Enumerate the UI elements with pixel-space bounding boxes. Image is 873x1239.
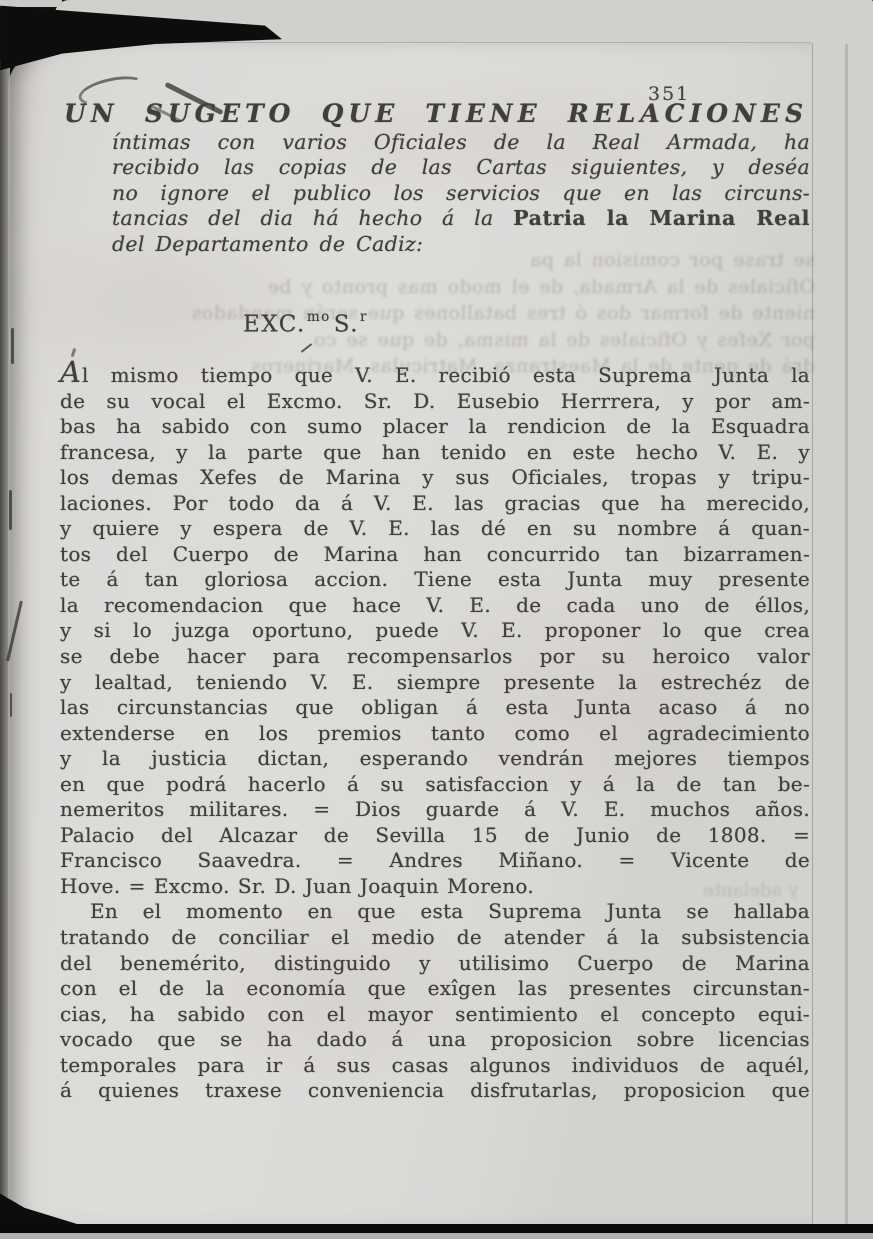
body-line: te á tan gloriosa accion. Tiene esta Jun… — [60, 567, 810, 593]
body-line: Francisco Saavedra. = Andres Miñano. = V… — [60, 848, 810, 874]
body-line: y la justicia dictan, esperando vendrán … — [60, 746, 810, 772]
show-through-line: niente de formar dos ó tres batallones q… — [85, 300, 815, 327]
show-through-line: Oficiales de la Armada, de el modo mas p… — [85, 274, 815, 301]
headline-line-roman-part: Patria la Marina Real — [513, 206, 810, 230]
binding-stitch — [9, 490, 12, 530]
body-line: Palacio del Alcazar de Sevilla 15 de Jun… — [60, 823, 810, 849]
body-line: del benemérito, distinguido y utilisimo … — [60, 951, 810, 977]
body-line: tos del Cuerpo de Marina han concurrido … — [60, 542, 810, 568]
salutation-superscript: r — [360, 309, 368, 325]
body-line: tratando de conciliar el medio de atende… — [60, 925, 810, 951]
body-line: francesa, y la parte que han tenido en e… — [60, 440, 810, 466]
body-line: y lealtad, teniendo V. E. siempre presen… — [60, 670, 810, 696]
body-line: bas ha sabido con sumo placer la rendici… — [60, 414, 810, 440]
salutation-excmo-sr: EXC.moS.r — [243, 311, 443, 338]
headline-caps: UN SUGETO QUE TIENE RELACIONES — [64, 99, 808, 128]
scanned-book-page-photo: se trase por comision la pa Oficiales de… — [0, 0, 873, 1239]
headline-line: recibido las copias de las Cartas siguie… — [112, 155, 810, 180]
body-line: en que podrá hacerlo á su satisfaccion y… — [60, 772, 810, 798]
letter-body: Al mismo tiempo que V. E. recibió esta S… — [60, 358, 810, 1104]
body-line: la recomendacion que hace V. E. de cada … — [60, 593, 810, 619]
top-page-sliver — [0, 0, 62, 7]
body-line: los demas Xefes de Marina y sus Oficiale… — [60, 465, 810, 491]
body-line: con el de la economía que exîgen las pre… — [60, 976, 810, 1002]
headline-line: tancias del dia há hecho á la Patria la … — [112, 206, 810, 231]
book-spine-gutter — [0, 60, 10, 1224]
body-line: En el momento en que esta Suprema Junta … — [60, 899, 810, 925]
binding-stitch — [11, 328, 14, 364]
page-edge-crease — [845, 44, 848, 1224]
headline-line: del Departamento de Cadiz: — [112, 232, 810, 257]
headline-line: no ignore el publico los servicios que e… — [112, 181, 810, 206]
body-line: de su vocal el Excmo. Sr. D. Eusebio Her… — [60, 389, 810, 415]
body-line: á quienes traxese conveniencia disfrutar… — [60, 1078, 810, 1104]
body-line: se debe hacer para recompensarlos por su… — [60, 644, 810, 670]
body-line: temporales para ir á sus casas algunos i… — [60, 1053, 810, 1079]
show-through-line: por Xefes y Oficiales de la misma, de qu… — [85, 327, 815, 354]
initial-capital: A — [60, 355, 82, 389]
body-line: Al mismo tiempo que V. E. recibió esta S… — [60, 358, 810, 389]
salutation-superscript: mo — [307, 309, 331, 325]
scan-bed-strip — [0, 1233, 873, 1239]
body-line: Hove. = Excmo. Sr. D. Juan Joaquin Moren… — [60, 874, 810, 900]
binding-stitch — [10, 693, 12, 717]
body-line: y quiere y espera de V. E. las dé en su … — [60, 516, 810, 542]
body-line: cias, ha sabido con el mayor sentimiento… — [60, 1002, 810, 1028]
body-line: nemeritos militares. = Dios guarde á V. … — [60, 797, 810, 823]
headline-paragraph: íntimas con varios Oficiales de la Real … — [112, 130, 810, 257]
body-line: y si lo juzga oportuno, puede V. E. prop… — [60, 618, 810, 644]
body-line-text: l mismo tiempo que V. E. recibió esta Su… — [82, 363, 810, 387]
headline-line: íntimas con varios Oficiales de la Real … — [112, 130, 810, 155]
salutation-abbr: S. — [334, 312, 359, 338]
body-line: vocado que se ha dado á una proposicion … — [60, 1027, 810, 1053]
body-line: laciones. Por todo da á V. E. las gracia… — [60, 491, 810, 517]
body-line: extenderse en los premios tanto como el … — [60, 721, 810, 747]
salutation-word: EXC. — [243, 312, 306, 338]
body-line: las circunstancias que obligan á esta Ju… — [60, 695, 810, 721]
headline-line-italic-part: tancias del dia há hecho á la — [112, 206, 513, 230]
